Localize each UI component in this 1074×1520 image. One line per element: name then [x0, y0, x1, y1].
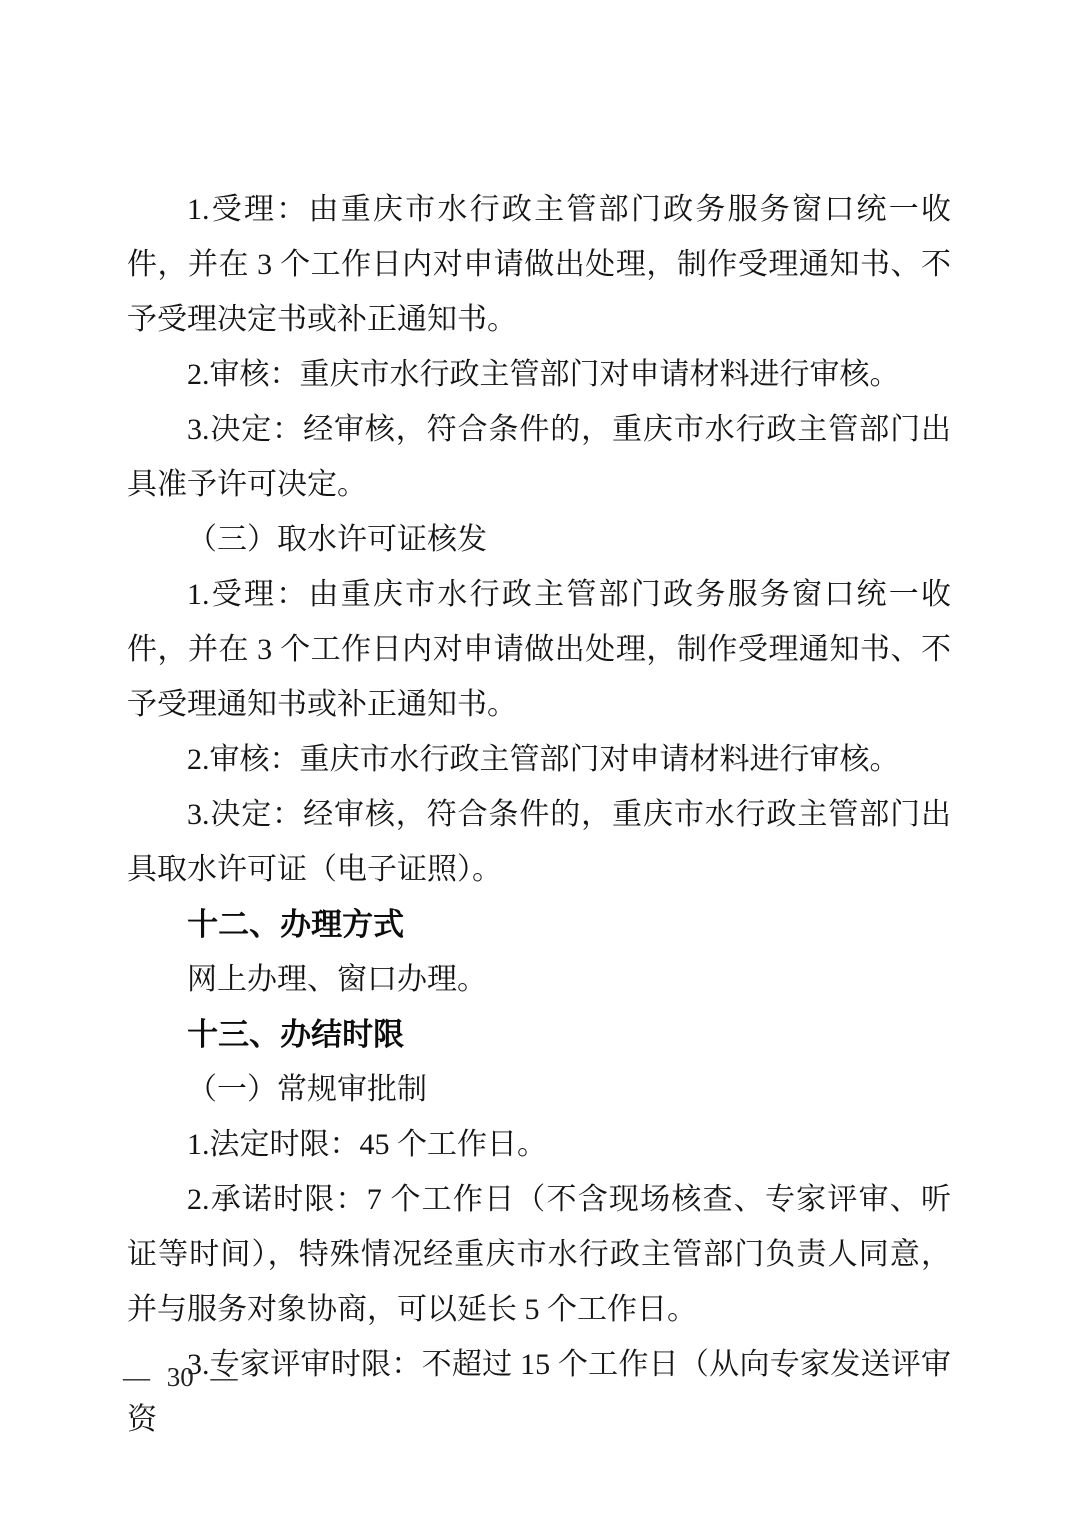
paragraph-statutory-limit: 1.法定时限：45 个工作日。	[127, 1117, 951, 1172]
page-content: 1.受理：由重庆市水行政主管部门政务服务窗口统一收件，并在 3 个工作日内对申请…	[127, 182, 951, 1447]
paragraph-acceptance-1: 1.受理：由重庆市水行政主管部门政务服务窗口统一收件，并在 3 个工作日内对申请…	[127, 182, 951, 347]
paragraph-handling-method: 网上办理、窗口办理。	[127, 952, 951, 1007]
paragraph-promised-limit: 2.承诺时限：7 个工作日（不含现场核查、专家评审、听证等时间），特殊情况经重庆…	[127, 1172, 951, 1337]
section-heading-13-time-limit: 十三、办结时限	[127, 1007, 951, 1062]
section-heading-12-handling-method: 十二、办理方式	[127, 897, 951, 952]
paragraph-acceptance-2: 1.受理：由重庆市水行政主管部门政务服务窗口统一收件，并在 3 个工作日内对申请…	[127, 567, 951, 732]
paragraph-review-2: 2.审核：重庆市水行政主管部门对申请材料进行审核。	[127, 732, 951, 787]
subsection-heading-permit-issuance: （三）取水许可证核发	[127, 512, 951, 567]
subsection-heading-regular-approval: （一）常规审批制	[127, 1062, 951, 1117]
document-page: 1.受理：由重庆市水行政主管部门政务服务窗口统一收件，并在 3 个工作日内对申请…	[0, 0, 1074, 1520]
paragraph-decision-2: 3.决定：经审核，符合条件的，重庆市水行政主管部门出具取水许可证（电子证照）。	[127, 787, 951, 897]
paragraph-decision-1: 3.决定：经审核，符合条件的，重庆市水行政主管部门出具准予许可决定。	[127, 402, 951, 512]
page-number-footer: — 30 —	[123, 1362, 238, 1393]
paragraph-expert-review-limit: 3.专家评审时限：不超过 15 个工作日（从向专家发送评审资	[127, 1337, 951, 1447]
paragraph-review-1: 2.审核：重庆市水行政主管部门对申请材料进行审核。	[127, 347, 951, 402]
